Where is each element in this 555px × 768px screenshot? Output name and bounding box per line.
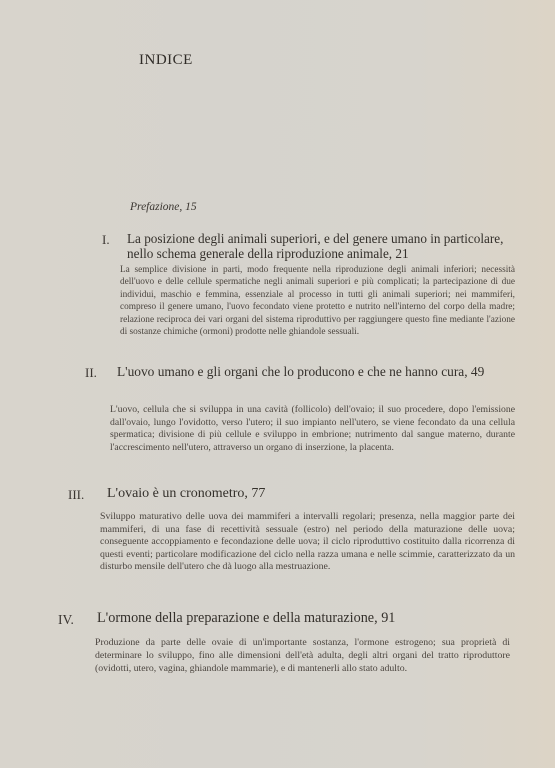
chapter-title: L'ovaio è un cronometro, 77 [107, 486, 507, 501]
chapter-title: La posizione degli animali superiori, e … [127, 231, 515, 261]
chapter-number: I. [102, 232, 110, 248]
chapter-summary: L'uovo, cellula che si sviluppa in una c… [110, 404, 515, 454]
chapter-title: L'ormone della preparazione e della matu… [97, 611, 517, 626]
preface-entry: Prefazione, 15 [130, 201, 197, 213]
page-title: INDICE [139, 52, 193, 69]
chapter-number: II. [85, 365, 97, 381]
chapter-number: III. [68, 487, 84, 503]
chapter-summary: Produzione da parte delle ovaie di un'im… [95, 637, 510, 675]
chapter-summary: Sviluppo maturativo delle uova dei mammi… [100, 511, 515, 574]
book-page: INDICE Prefazione, 15 I. La posizione de… [0, 0, 555, 768]
chapter-summary: La semplice divisione in parti, modo fre… [120, 264, 515, 338]
chapter-number: IV. [58, 612, 74, 628]
chapter-title: L'uovo umano e gli organi che lo produco… [117, 364, 512, 379]
